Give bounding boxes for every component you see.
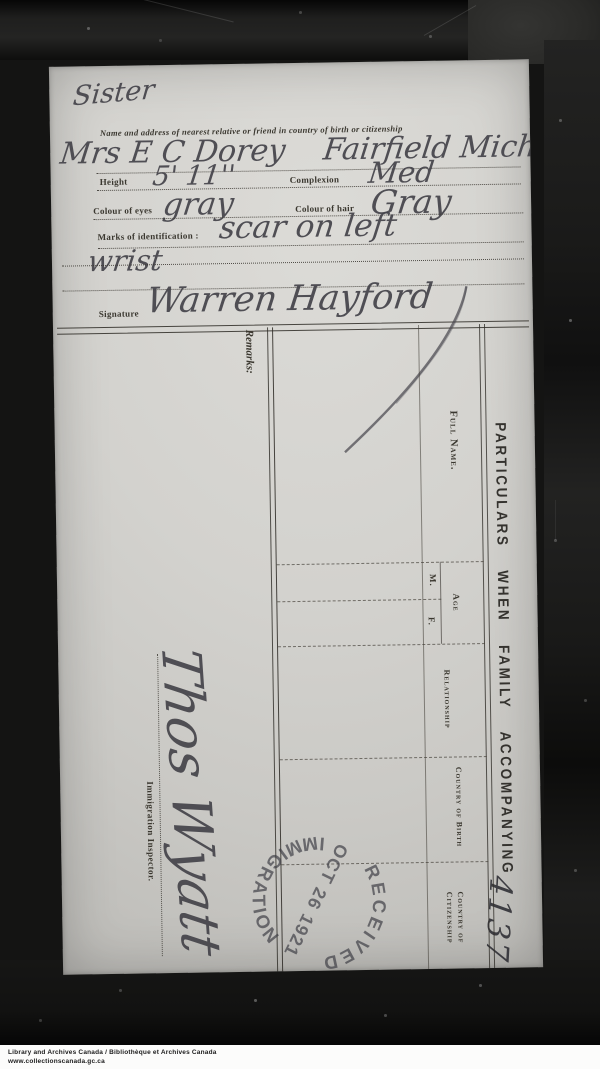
footer-line2: www.collectionscanada.gc.ca [8, 1058, 105, 1065]
marks-value-line1: scar on left [217, 207, 399, 246]
case-number: 4137 [478, 873, 518, 966]
signature-label: Signature [99, 308, 139, 319]
film-scratch [555, 500, 556, 540]
inspector-title: Immigration Inspector. [145, 781, 157, 881]
form-card: Sister Name and address of nearest relat… [49, 59, 543, 974]
footer-line1: Library and Archives Canada / Bibliothèq… [8, 1049, 217, 1056]
column-header-age-female: F. [425, 599, 437, 644]
column-header-country-of-birth: Country of Birth [453, 764, 465, 849]
column-header-relationship: Relationship [441, 644, 454, 755]
column-header-country-of-citizenship: Country of Citizenship [444, 867, 468, 967]
scan-frame: Sister Name and address of nearest relat… [0, 0, 600, 1069]
relative-field-value: Mrs E C Dorey Fairfield Mich [58, 129, 539, 172]
marks-value-line2: wrist [86, 243, 165, 278]
marks-label: Marks of identification : [98, 230, 199, 242]
signature-value: Warren Hayford [144, 277, 435, 322]
column-divider [278, 643, 485, 647]
remarks-label: Remarks: [243, 330, 256, 374]
column-divider [280, 756, 487, 760]
column-header-age: Age [450, 561, 462, 643]
age-mf-divider [277, 599, 441, 603]
film-speckles [0, 0, 1, 1]
table-title: PARTICULARS WHEN FAMILY ACCOMPANYING [491, 356, 517, 941]
age-subdivider-line [440, 562, 442, 644]
column-header-age-male: M. [427, 562, 439, 599]
complexion-label: Complexion [290, 174, 340, 185]
eyes-label: Colour of eyes [93, 205, 152, 216]
particulars-table: PARTICULARS WHEN FAMILY ACCOMPANYING 413… [105, 324, 515, 975]
archive-footer: Library and Archives Canada / Bibliothèq… [0, 1045, 600, 1069]
film-band-right [544, 40, 600, 1045]
handwritten-relationship: Sister [72, 74, 156, 112]
height-label: Height [100, 177, 128, 187]
received-stamp: RECEIVED OCT 26 1921 IMMIGRATION [202, 787, 429, 975]
column-header-full-name: Full Name. [446, 324, 461, 556]
